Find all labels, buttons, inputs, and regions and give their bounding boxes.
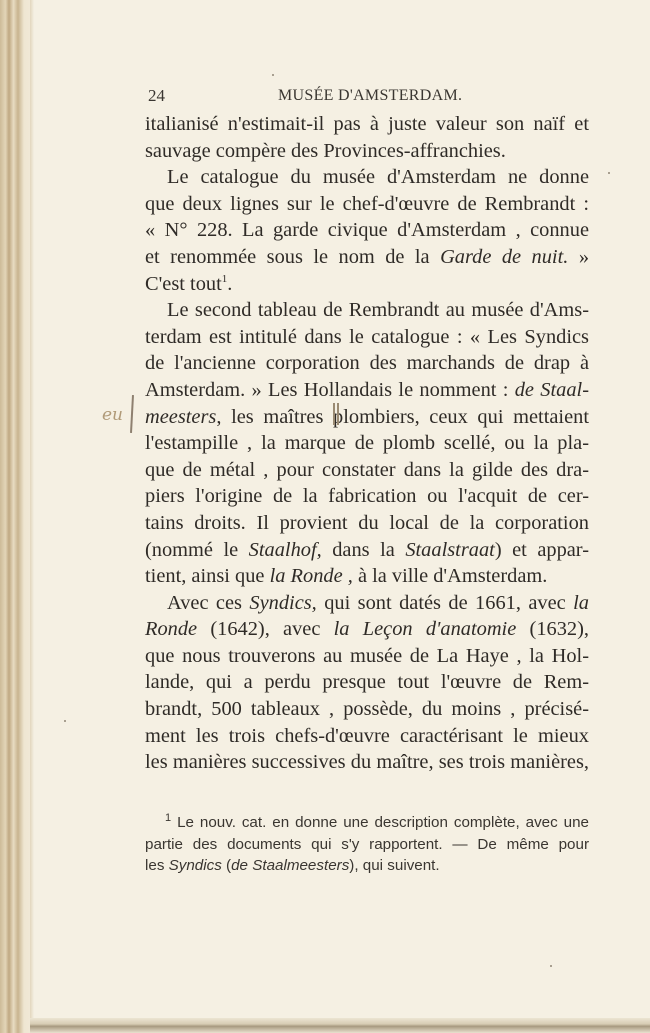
correction-mark [337, 403, 339, 425]
text-line: piers l'origine de la fabrication ou l'a… [145, 483, 589, 510]
correction-mark [333, 403, 335, 425]
page-header: 24 MUSÉE D'AMSTERDAM. [148, 86, 588, 110]
paragraph-start: Le second tableau de Rembrandt au musée … [145, 297, 589, 324]
text-line: (nommé le Staalhof, dans la Staalstraat)… [145, 537, 589, 564]
text-line: les manières successives du maître, ses … [145, 749, 589, 776]
text-line: meesters, les maîtres plombiers, ceux qu… [145, 404, 589, 431]
text-line: tient, ainsi que la Ronde , à la ville d… [145, 563, 589, 590]
text-line: que nous trouverons au musée de La Haye … [145, 643, 589, 670]
text-line: tains droits. Il provient du local de la… [145, 510, 589, 537]
text-line: C'est tout1. [145, 271, 589, 298]
text-line: de l'ancienne corporation des marchands … [145, 350, 589, 377]
text-line: que de métal , pour constater dans la gi… [145, 457, 589, 484]
text-line: sauvage compère des Provinces-affranchie… [145, 138, 589, 165]
text-line: italianisé n'estimait-il pas à juste val… [145, 111, 589, 138]
paragraph-start: Avec ces Syndics, qui sont datés de 1661… [145, 590, 589, 617]
text-line: et renommée sous le nom de la Garde de n… [145, 244, 589, 271]
footnote-line: 1 Le nouv. cat. en donne une description… [145, 812, 589, 834]
text-line: l'estampille , la marque de plomb scellé… [145, 430, 589, 457]
text-line: terdam est intitulé dans le catalogue : … [145, 324, 589, 351]
body-text: italianisé n'estimait-il pas à juste val… [145, 111, 589, 776]
footnote-line: partie des documents qui s'y rapportent.… [145, 834, 589, 856]
paragraph-start: Le catalogue du musée d'Amsterdam ne don… [145, 164, 589, 191]
text-line: Amsterdam. » Les Hollandais le nomment :… [145, 377, 589, 404]
footnote-line: les Syndics (de Staalmeesters), qui suiv… [145, 855, 589, 877]
text-line: lande, qui a perdu presque tout l'œuvre … [145, 669, 589, 696]
footnote-marker: 1 [165, 812, 171, 824]
text-line: brandt, 500 tableaux , possède, du moins… [145, 696, 589, 723]
page-bottom-edge [30, 1018, 650, 1033]
italic-title: Garde de nuit. [440, 246, 568, 268]
paper-speck [550, 965, 552, 967]
text-line: « N° 228. La garde civique d'Amsterdam ,… [145, 217, 589, 244]
text-line: que deux lignes sur le chef-d'œuvre de R… [145, 191, 589, 218]
page-number: 24 [148, 86, 165, 106]
paper-speck [272, 74, 274, 76]
text-line: Ronde (1642), avec la Leçon d'anatomie (… [145, 616, 589, 643]
footnote: 1 Le nouv. cat. en donne une description… [145, 812, 589, 877]
text-line: ment les trois chefs-d'œuvre caractérisa… [145, 723, 589, 750]
handwritten-annotation: eu [102, 405, 123, 425]
paper-speck [64, 720, 66, 722]
paper-speck [608, 172, 610, 174]
running-title: MUSÉE D'AMSTERDAM. [278, 87, 462, 105]
book-spine [0, 0, 30, 1033]
